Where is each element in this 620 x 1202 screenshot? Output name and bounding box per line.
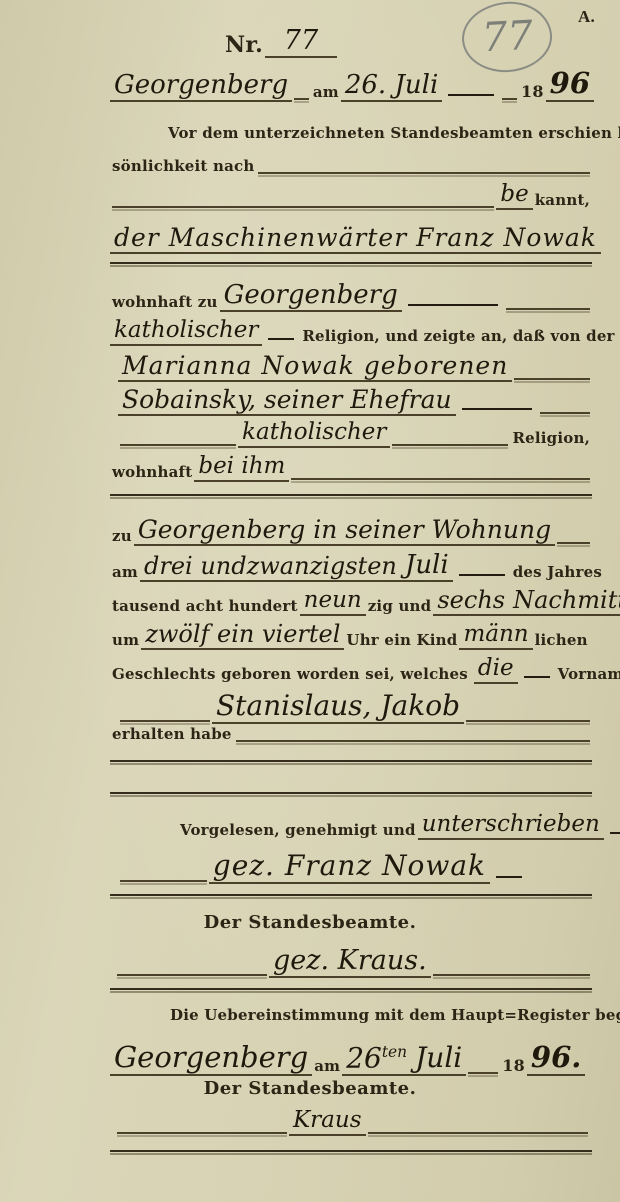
certification-dateline: Georgenberg am 26ten Juli 18 96.	[110, 1034, 592, 1078]
am-label-2: am	[110, 565, 140, 584]
birth-day-hand: drei undzwanzigsten	[140, 555, 401, 582]
father-religion-hand: katholischer	[110, 320, 262, 346]
year-hand: 96	[546, 70, 594, 102]
day-suffix: ten	[382, 1043, 407, 1061]
gender-hand: männ	[459, 624, 532, 650]
certification-place-hand: Georgenberg	[110, 1044, 312, 1076]
mother-name-hand: Marianna Nowak geborenen	[118, 354, 512, 382]
erhalten-row: erhalten habe	[110, 718, 592, 746]
intro-line-3: be kannt,	[110, 182, 592, 212]
am-label-3: am	[312, 1059, 342, 1078]
kannt-label: kannt,	[533, 193, 592, 212]
mother-religion-row: katholischer Religion,	[118, 416, 592, 450]
birthyear-row: tausend acht hundert neun zig und sechs …	[110, 584, 592, 618]
declarant-signature: gez. Franz Nowak	[209, 853, 490, 884]
father-religion-row: katholischer Religion, und zeigte an, da…	[110, 314, 592, 348]
mother-name-row-2: Sobainsky, seiner Ehefrau	[118, 382, 592, 418]
birthdate-row: am drei undzwanzigsten Juli des Jahres	[110, 548, 592, 584]
year-printed: 18	[519, 84, 546, 104]
nr-label: Nr.	[223, 34, 265, 60]
intro-text-2: sönlichkeit nach	[110, 159, 256, 178]
tausend-label: tausend acht hundert	[110, 599, 300, 618]
certification-signature: Kraus	[289, 1110, 366, 1136]
certification-row: Die Uebereinstimmung mit dem Haupt=Regis…	[168, 1008, 592, 1027]
birthplace-hand: Georgenberg in seiner Wohnung	[134, 518, 555, 546]
certification-signature-row: Kraus	[115, 1106, 590, 1138]
wohnhaft-zu-label: wohnhaft zu	[110, 295, 220, 314]
des-jahres-label: des Jahres	[511, 565, 604, 584]
declarant-hand: der Maschinenwärter Franz Nowak	[110, 226, 601, 254]
corner-letter-row: A.	[576, 8, 597, 29]
intro-text-1: Vor dem unterzeichneten Standesbeamten e…	[166, 126, 620, 145]
um-label: um	[110, 633, 141, 652]
intro-line-1: Vor dem unterzeichneten Standesbeamten e…	[166, 126, 592, 145]
declarant-signature-row: gez. Franz Nowak	[118, 842, 592, 886]
stamp-number: 77	[480, 13, 533, 62]
wohnhaft-label: wohnhaft	[110, 465, 194, 484]
registrar-signature: gez. Kraus.	[269, 948, 431, 978]
intro-line-2: sönlichkeit nach	[110, 150, 592, 178]
section-divider	[110, 494, 592, 496]
time-hand: zwölf ein viertel	[141, 623, 344, 650]
record-number-value: 77	[265, 28, 337, 58]
vorgelesen-row: Vorgelesen, genehmigt und unterschrieben	[178, 808, 580, 842]
be-hand: be	[496, 184, 532, 210]
birth-month-hand: Juli	[401, 553, 453, 582]
registrar-title-row-2: Der Standesbeamte.	[0, 1080, 620, 1102]
units-hand: sechs	[433, 589, 509, 616]
birth-certificate-page: Nr. 77 77 A. Georgenberg am 26. Juli 18 …	[0, 0, 620, 1202]
certification-day-hand: 26ten	[342, 1045, 411, 1076]
section-divider	[110, 760, 592, 762]
birthtime-row: um zwölf ein viertel Uhr ein Kind männ l…	[110, 618, 592, 652]
mother-residence-row: wohnhaft bei ihm	[110, 450, 592, 484]
uhr-label: Uhr ein Kind	[344, 633, 459, 652]
vorgelesen-label: Vorgelesen, genehmigt und	[178, 823, 418, 842]
section-divider	[110, 988, 592, 990]
die-hand: die	[474, 658, 518, 684]
certification-statement: Die Uebereinstimmung mit dem Haupt=Regis…	[168, 1008, 620, 1027]
erhalten-label: erhalten habe	[110, 727, 234, 746]
zu-label: zu	[110, 529, 134, 548]
registrar-title-2: Der Standesbeamte.	[202, 1080, 419, 1102]
bottom-rule	[110, 1150, 592, 1152]
mother-religion-hand: katholischer	[238, 422, 390, 448]
decade-hand: neun	[300, 590, 366, 616]
date-hand: 26. Juli	[341, 73, 442, 102]
pen-dash	[448, 94, 494, 96]
bei-ihm-hand: bei ihm	[194, 456, 289, 482]
section-divider	[110, 894, 592, 896]
section-divider	[110, 792, 592, 794]
registrar-title: Der Standesbeamte.	[202, 914, 419, 936]
religion2-label: Religion,	[510, 431, 592, 450]
residence-place-hand: Georgenberg	[220, 283, 402, 312]
header-dateline: Georgenberg am 26. Juli 18 96	[110, 64, 594, 104]
mother-name-row: Marianna Nowak geborenen	[118, 348, 592, 384]
am-label: am	[311, 85, 341, 104]
residence-row: wohnhaft zu Georgenberg	[110, 278, 592, 314]
daytime-hand: Nachmittags	[509, 589, 620, 616]
lichen-label: lichen	[533, 633, 590, 652]
unterschrieben-hand: unterschrieben	[418, 814, 604, 840]
registrar-signature-row: gez. Kraus.	[115, 940, 592, 980]
registrar-title-row: Der Standesbeamte.	[0, 914, 620, 936]
section-divider	[110, 262, 592, 264]
certification-year-printed: 18	[500, 1058, 527, 1078]
birthplace-row: zu Georgenberg in seiner Wohnung	[110, 510, 592, 548]
vornamen-row: Geschlechts geboren worden sei, welches …	[110, 652, 592, 686]
certification-month-hand: Juli	[411, 1045, 466, 1076]
corner-letter: A.	[576, 8, 597, 29]
certification-year-hand: 96.	[527, 1044, 585, 1076]
religion-label: Religion, und zeigte an, daß von der	[300, 329, 616, 348]
mother-maiden-name-hand: Sobainsky, seiner Ehefrau	[118, 388, 456, 416]
place-hand: Georgenberg	[110, 73, 292, 102]
declarant-row: der Maschinenwärter Franz Nowak	[110, 216, 592, 256]
zig-und-label: zig und	[366, 599, 434, 618]
